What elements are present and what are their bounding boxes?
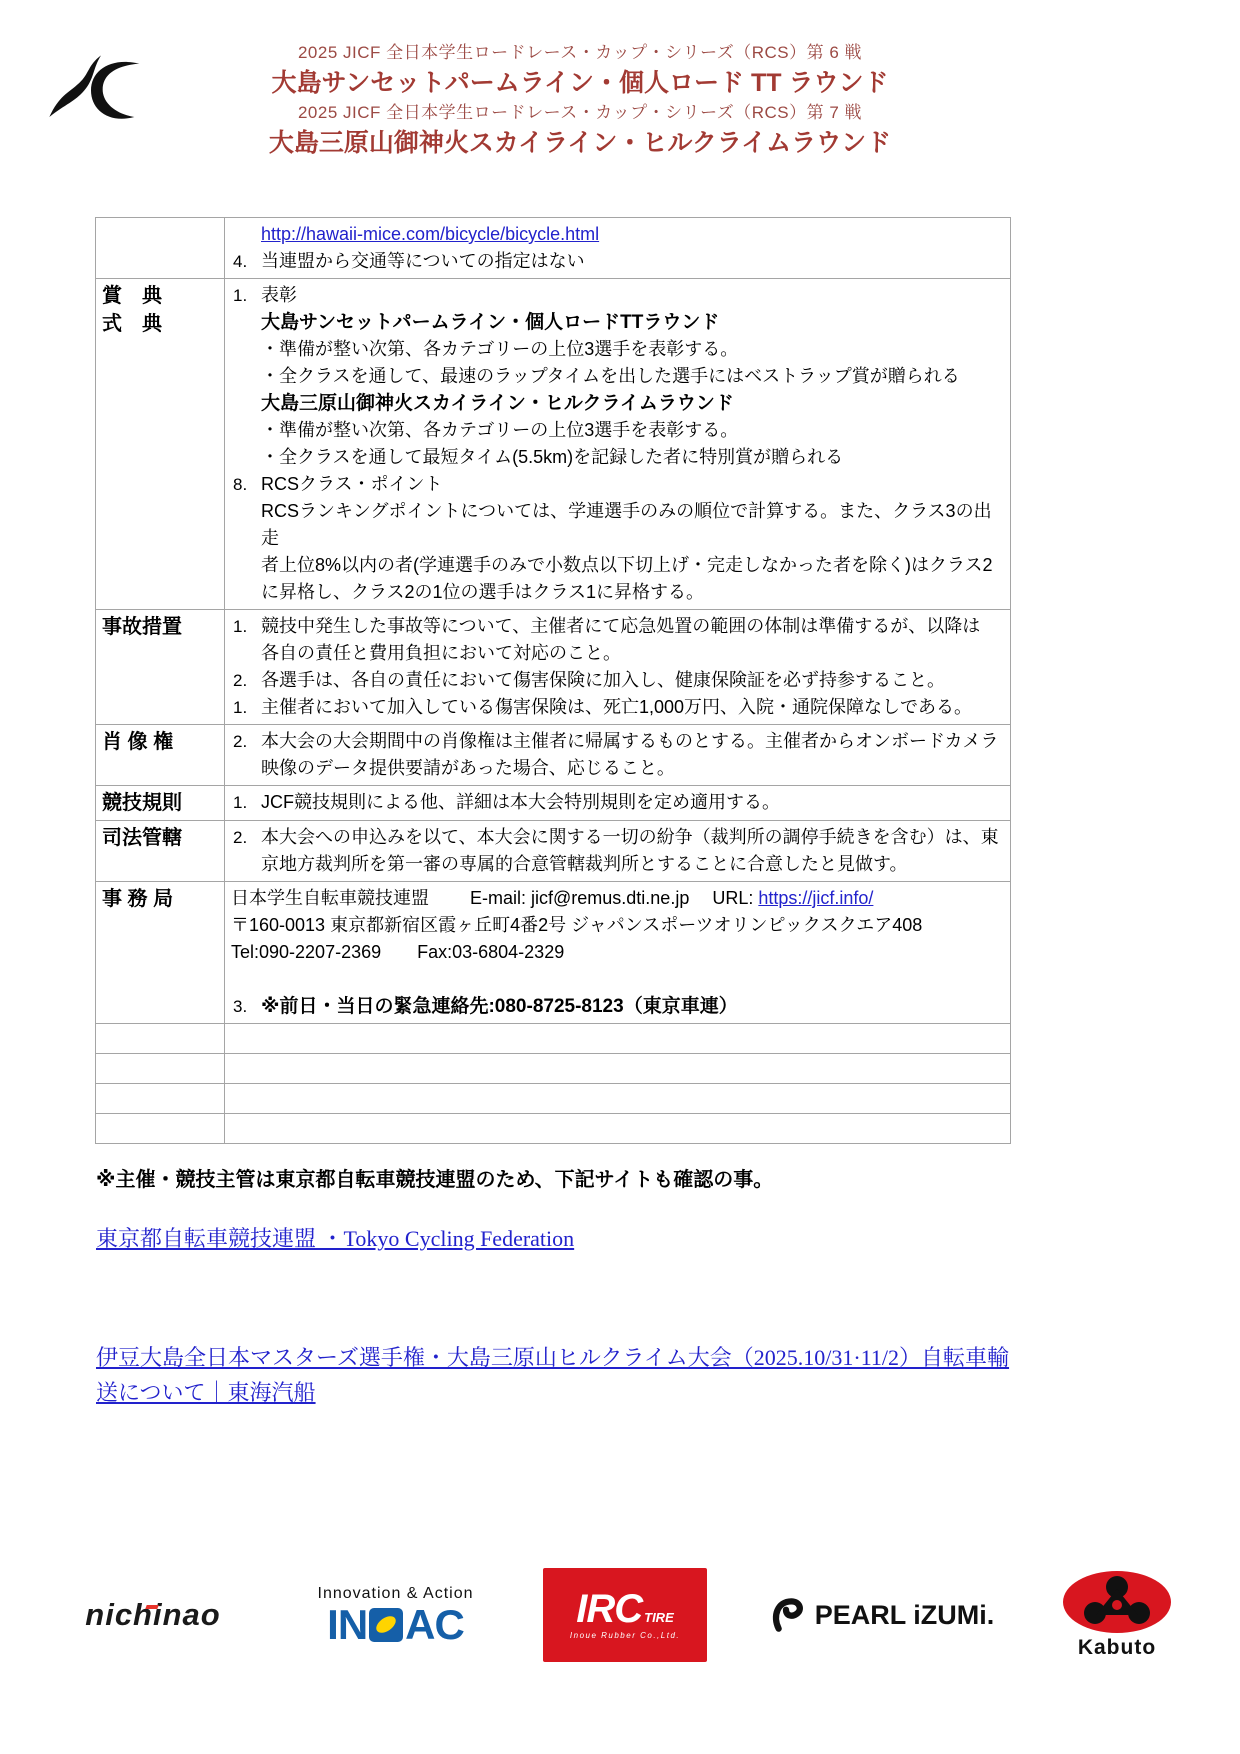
row-header-label: 事故措置: [96, 610, 225, 725]
text: 主催者において加入している傷害保険は、死亡1,000万円、入院・通院保障なしであ…: [261, 697, 972, 717]
row-header-label: 事 務 局: [96, 882, 225, 1024]
content-line: RCSランキングポイントについては、学連選手のみの順位で計算する。また、クラス3…: [231, 498, 1004, 552]
text: 1.: [233, 613, 247, 640]
content-line: ・準備が整い次第、各カテゴリーの上位3選手を表彰する。: [231, 417, 1004, 444]
text: 4.: [233, 248, 247, 275]
series-title-race6: 2025 JICF 全日本学生ロードレース・カップ・シリーズ（RCS）第 6 戦: [110, 40, 1050, 66]
row-content: [225, 1054, 1011, 1084]
content-line: 映像のデータ提供要請があった場合、応じること。: [231, 755, 1004, 782]
content-line: 1.主催者において加入している傷害保険は、死亡1,000万円、入院・通院保障なし…: [231, 694, 1004, 721]
tokai-kisen-bicycle-transport-link[interactable]: 伊豆大島全日本マスターズ選手権・大島三原山ヒルクライム大会（2025.10/31…: [96, 1340, 1031, 1410]
organizer-note: ※主催・競技主管は東京都自転車競技連盟のため、下記サイトも確認の事。: [96, 1163, 773, 1192]
kabuto-wordmark: Kabuto: [1078, 1636, 1156, 1660]
event-title-hillclimb-round: 大島三原山御神火スカイライン・ヒルクライムラウンド: [110, 126, 1050, 160]
irc-tire-logo: IRC TIRE Inoue Rubber Co.,Ltd.: [543, 1568, 707, 1662]
text: 日本学生自転車競技連盟 E-mail: jicf@remus.dti.ne.jp…: [231, 888, 758, 908]
row-content: 1.競技中発生した事故等について、主催者にて応急処置の範囲の体制は準備するが、以…: [225, 610, 1011, 725]
row-header-label: [96, 1024, 225, 1054]
table-row: 競技規則1.JCF競技規則による他、詳細は本大会特別規則を定め適用する。: [96, 786, 1011, 821]
content-line: 者上位8%以内の者(学連選手のみで小数点以下切上げ・完走しなかった者を除く)はク…: [231, 552, 1004, 579]
text: RCSランキングポイントについては、学連選手のみの順位で計算する。また、クラス3…: [261, 501, 992, 548]
inoac-letters-right: AC: [405, 1605, 464, 1645]
text: ・準備が整い次第、各カテゴリーの上位3選手を表彰する。: [261, 420, 738, 440]
irc-tire-label: TIRE: [644, 1610, 674, 1625]
text: ・準備が整い次第、各カテゴリーの上位3選手を表彰する。: [261, 339, 738, 359]
content-line: 1.競技中発生した事故等について、主催者にて応急処置の範囲の体制は準備するが、以…: [231, 613, 1004, 640]
row-content: http://hawaii-mice.com/bicycle/bicycle.h…: [225, 218, 1011, 279]
row-header-label: [96, 1084, 225, 1114]
pearl-izumi-mark-icon: [765, 1594, 807, 1636]
content-line: 2.本大会の大会期間中の肖像権は主催者に帰属するものとする。主催者からオンボード…: [231, 728, 1004, 755]
table-row: 司法管轄2.本大会への申込みを以て、本大会に関する一切の紛争（裁判所の調停手続き…: [96, 821, 1011, 882]
nichinao-accent: [145, 1605, 158, 1609]
row-header-label: 賞 典 式 典: [96, 279, 225, 610]
text: 2.: [233, 728, 247, 755]
content-line: 2.各選手は、各自の責任において傷害保険に加入し、健康保険証を必ず持参すること。: [231, 667, 1004, 694]
content-line: ・準備が整い次第、各カテゴリーの上位3選手を表彰する。: [231, 336, 1004, 363]
content-line: に昇格し、クラス2の1位の選手はクラス1に昇格する。: [231, 579, 1004, 606]
row-content: 2.本大会への申込みを以て、本大会に関する一切の紛争（裁判所の調停手続きを含む）…: [225, 821, 1011, 882]
row-content: [225, 1114, 1011, 1144]
content-line: http://hawaii-mice.com/bicycle/bicycle.h…: [231, 221, 1004, 248]
pearl-izumi-wordmark: PEARL iZUMi.: [815, 1600, 995, 1631]
text: 2.: [233, 824, 247, 851]
text: 者上位8%以内の者(学連選手のみで小数点以下切上げ・完走しなかった者を除く)はク…: [261, 555, 992, 575]
content-line: 日本学生自転車競技連盟 E-mail: jicf@remus.dti.ne.jp…: [231, 885, 1004, 912]
table-row: [96, 1054, 1011, 1084]
text: 大島サンセットパームライン・個人ロードTTラウンド: [261, 312, 719, 333]
text: JCF競技規則による他、詳細は本大会特別規則を定め適用する。: [261, 792, 780, 812]
text: ※前日・当日の緊急連絡先:080-8725-8123（東京車連）: [261, 996, 738, 1017]
row-header-label: [96, 1054, 225, 1084]
rules-table: http://hawaii-mice.com/bicycle/bicycle.h…: [95, 217, 1011, 1144]
row-content: 1.JCF競技規則による他、詳細は本大会特別規則を定め適用する。: [225, 786, 1011, 821]
content-line: ・全クラスを通して最短タイム(5.5km)を記録した者に特別賞が贈られる: [231, 444, 1004, 471]
inoac-letters-left: IN: [327, 1605, 367, 1645]
table-row: [96, 1114, 1011, 1144]
text: ・全クラスを通して、最速のラップタイムを出した選手にはベストラップ賞が贈られる: [261, 366, 960, 386]
text: 大島三原山御神火スカイライン・ヒルクライムラウンド: [261, 393, 734, 414]
row-header-label: 肖 像 権: [96, 725, 225, 786]
nichinao-logo: nichinao: [58, 1597, 248, 1633]
content-line: 大島三原山御神火スカイライン・ヒルクライムラウンド: [231, 390, 1004, 417]
inline-link[interactable]: http://hawaii-mice.com/bicycle/bicycle.h…: [261, 224, 599, 244]
rules-table-body: http://hawaii-mice.com/bicycle/bicycle.h…: [96, 218, 1011, 1144]
irc-company-name: Inoue Rubber Co.,Ltd.: [570, 1631, 680, 1640]
content-line: 京地方裁判所を第一審の専属的合意管轄裁判所とすることに合意したと見做す。: [231, 851, 1004, 878]
inline-link[interactable]: https://jicf.info/: [758, 888, 873, 908]
text: 1.: [233, 694, 247, 721]
kabuto-logo: Kabuto: [1052, 1571, 1182, 1660]
table-row: http://hawaii-mice.com/bicycle/bicycle.h…: [96, 218, 1011, 279]
row-header-label: [96, 1114, 225, 1144]
table-row: 事 務 局日本学生自転車競技連盟 E-mail: jicf@remus.dti.…: [96, 882, 1011, 1024]
document-header: 2025 JICF 全日本学生ロードレース・カップ・シリーズ（RCS）第 6 戦…: [110, 40, 1050, 160]
content-line: 3.※前日・当日の緊急連絡先:080-8725-8123（東京車連）: [231, 993, 1004, 1020]
text: 映像のデータ提供要請があった場合、応じること。: [261, 758, 675, 778]
row-content: [225, 1084, 1011, 1114]
text: 3.: [233, 993, 247, 1020]
text: 8.: [233, 471, 247, 498]
text: ・全クラスを通して最短タイム(5.5km)を記録した者に特別賞が贈られる: [261, 447, 843, 467]
sponsor-logos: nichinao Innovation & Action IN AC IRC T…: [58, 1556, 1182, 1674]
text: 本大会の大会期間中の肖像権は主催者に帰属するものとする。主催者からオンボードカメ…: [261, 731, 998, 751]
table-row: [96, 1084, 1011, 1114]
row-content: [225, 1024, 1011, 1054]
text: 競技中発生した事故等について、主催者にて応急処置の範囲の体制は準備するが、以降は: [261, 616, 980, 636]
table-row: [96, 1024, 1011, 1054]
table-row: 肖 像 権2.本大会の大会期間中の肖像権は主催者に帰属するものとする。主催者から…: [96, 725, 1011, 786]
content-line: Tel:090-2207-2369 Fax:03-6804-2329: [231, 939, 1004, 966]
kabuto-emblem-icon: [1063, 1571, 1171, 1633]
series-title-race7: 2025 JICF 全日本学生ロードレース・カップ・シリーズ（RCS）第 7 戦: [110, 100, 1050, 126]
text: に昇格し、クラス2の1位の選手はクラス1に昇格する。: [261, 582, 704, 602]
inoac-logo: Innovation & Action IN AC: [296, 1585, 496, 1645]
text: RCSクラス・ポイント: [261, 474, 442, 494]
content-line: 1.表彰: [231, 282, 1004, 309]
inoac-wordmark: IN AC: [327, 1605, 464, 1645]
content-line: 2.本大会への申込みを以て、本大会に関する一切の紛争（裁判所の調停手続きを含む）…: [231, 824, 1004, 851]
text: 1.: [233, 282, 247, 309]
table-row: 賞 典 式 典1.表彰大島サンセットパームライン・個人ロードTTラウンド・準備が…: [96, 279, 1011, 610]
text: 本大会への申込みを以て、本大会に関する一切の紛争（裁判所の調停手続きを含む）は、…: [261, 827, 999, 847]
table-row: 事故措置1.競技中発生した事故等について、主催者にて応急処置の範囲の体制は準備す…: [96, 610, 1011, 725]
text: 各選手は、各自の責任において傷害保険に加入し、健康保険証を必ず持参すること。: [261, 670, 945, 690]
text: 1.: [233, 789, 247, 816]
pearl-izumi-logo: PEARL iZUMi.: [755, 1594, 1005, 1636]
nichinao-wordmark: nichinao: [85, 1597, 220, 1633]
content-line: 〒160-0013 東京都新宿区霞ヶ丘町4番2号 ジャパンスポーツオリンピックス…: [231, 912, 1004, 939]
text: 表彰: [261, 285, 297, 305]
content-line: 大島サンセットパームライン・個人ロードTTラウンド: [231, 309, 1004, 336]
content-line: 4.当連盟から交通等についての指定はない: [231, 248, 1004, 275]
text: 2.: [233, 667, 247, 694]
text: 京地方裁判所を第一審の専属的合意管轄裁判所とすることに合意したと見做す。: [261, 854, 908, 874]
content-line: [231, 966, 1004, 993]
event-title-tt-round: 大島サンセットパームライン・個人ロード TT ラウンド: [110, 66, 1050, 100]
row-header-label: 司法管轄: [96, 821, 225, 882]
irc-wordmark: IRC: [576, 1590, 642, 1628]
content-line: 8.RCSクラス・ポイント: [231, 471, 1004, 498]
row-content: 日本学生自転車競技連盟 E-mail: jicf@remus.dti.ne.jp…: [225, 882, 1011, 1024]
text: Tel:090-2207-2369 Fax:03-6804-2329: [231, 942, 564, 962]
row-header-label: [96, 218, 225, 279]
row-header-label: 競技規則: [96, 786, 225, 821]
content-line: ・全クラスを通して、最速のラップタイムを出した選手にはベストラップ賞が贈られる: [231, 363, 1004, 390]
text: 当連盟から交通等についての指定はない: [261, 251, 585, 271]
inoac-o-icon: [369, 1608, 403, 1642]
text: 〒160-0013 東京都新宿区霞ヶ丘町4番2号 ジャパンスポーツオリンピックス…: [231, 915, 922, 935]
row-content: 1.表彰大島サンセットパームライン・個人ロードTTラウンド・準備が整い次第、各カ…: [225, 279, 1011, 610]
content-line: 各自の責任と費用負担において対応のこと。: [231, 640, 1004, 667]
text: 各自の責任と費用負担において対応のこと。: [261, 643, 621, 663]
tokyo-cycling-federation-link[interactable]: 東京都自転車競技連盟 ・Tokyo Cycling Federation: [96, 1222, 574, 1253]
content-line: 1.JCF競技規則による他、詳細は本大会特別規則を定め適用する。: [231, 789, 1004, 816]
row-content: 2.本大会の大会期間中の肖像権は主催者に帰属するものとする。主催者からオンボード…: [225, 725, 1011, 786]
